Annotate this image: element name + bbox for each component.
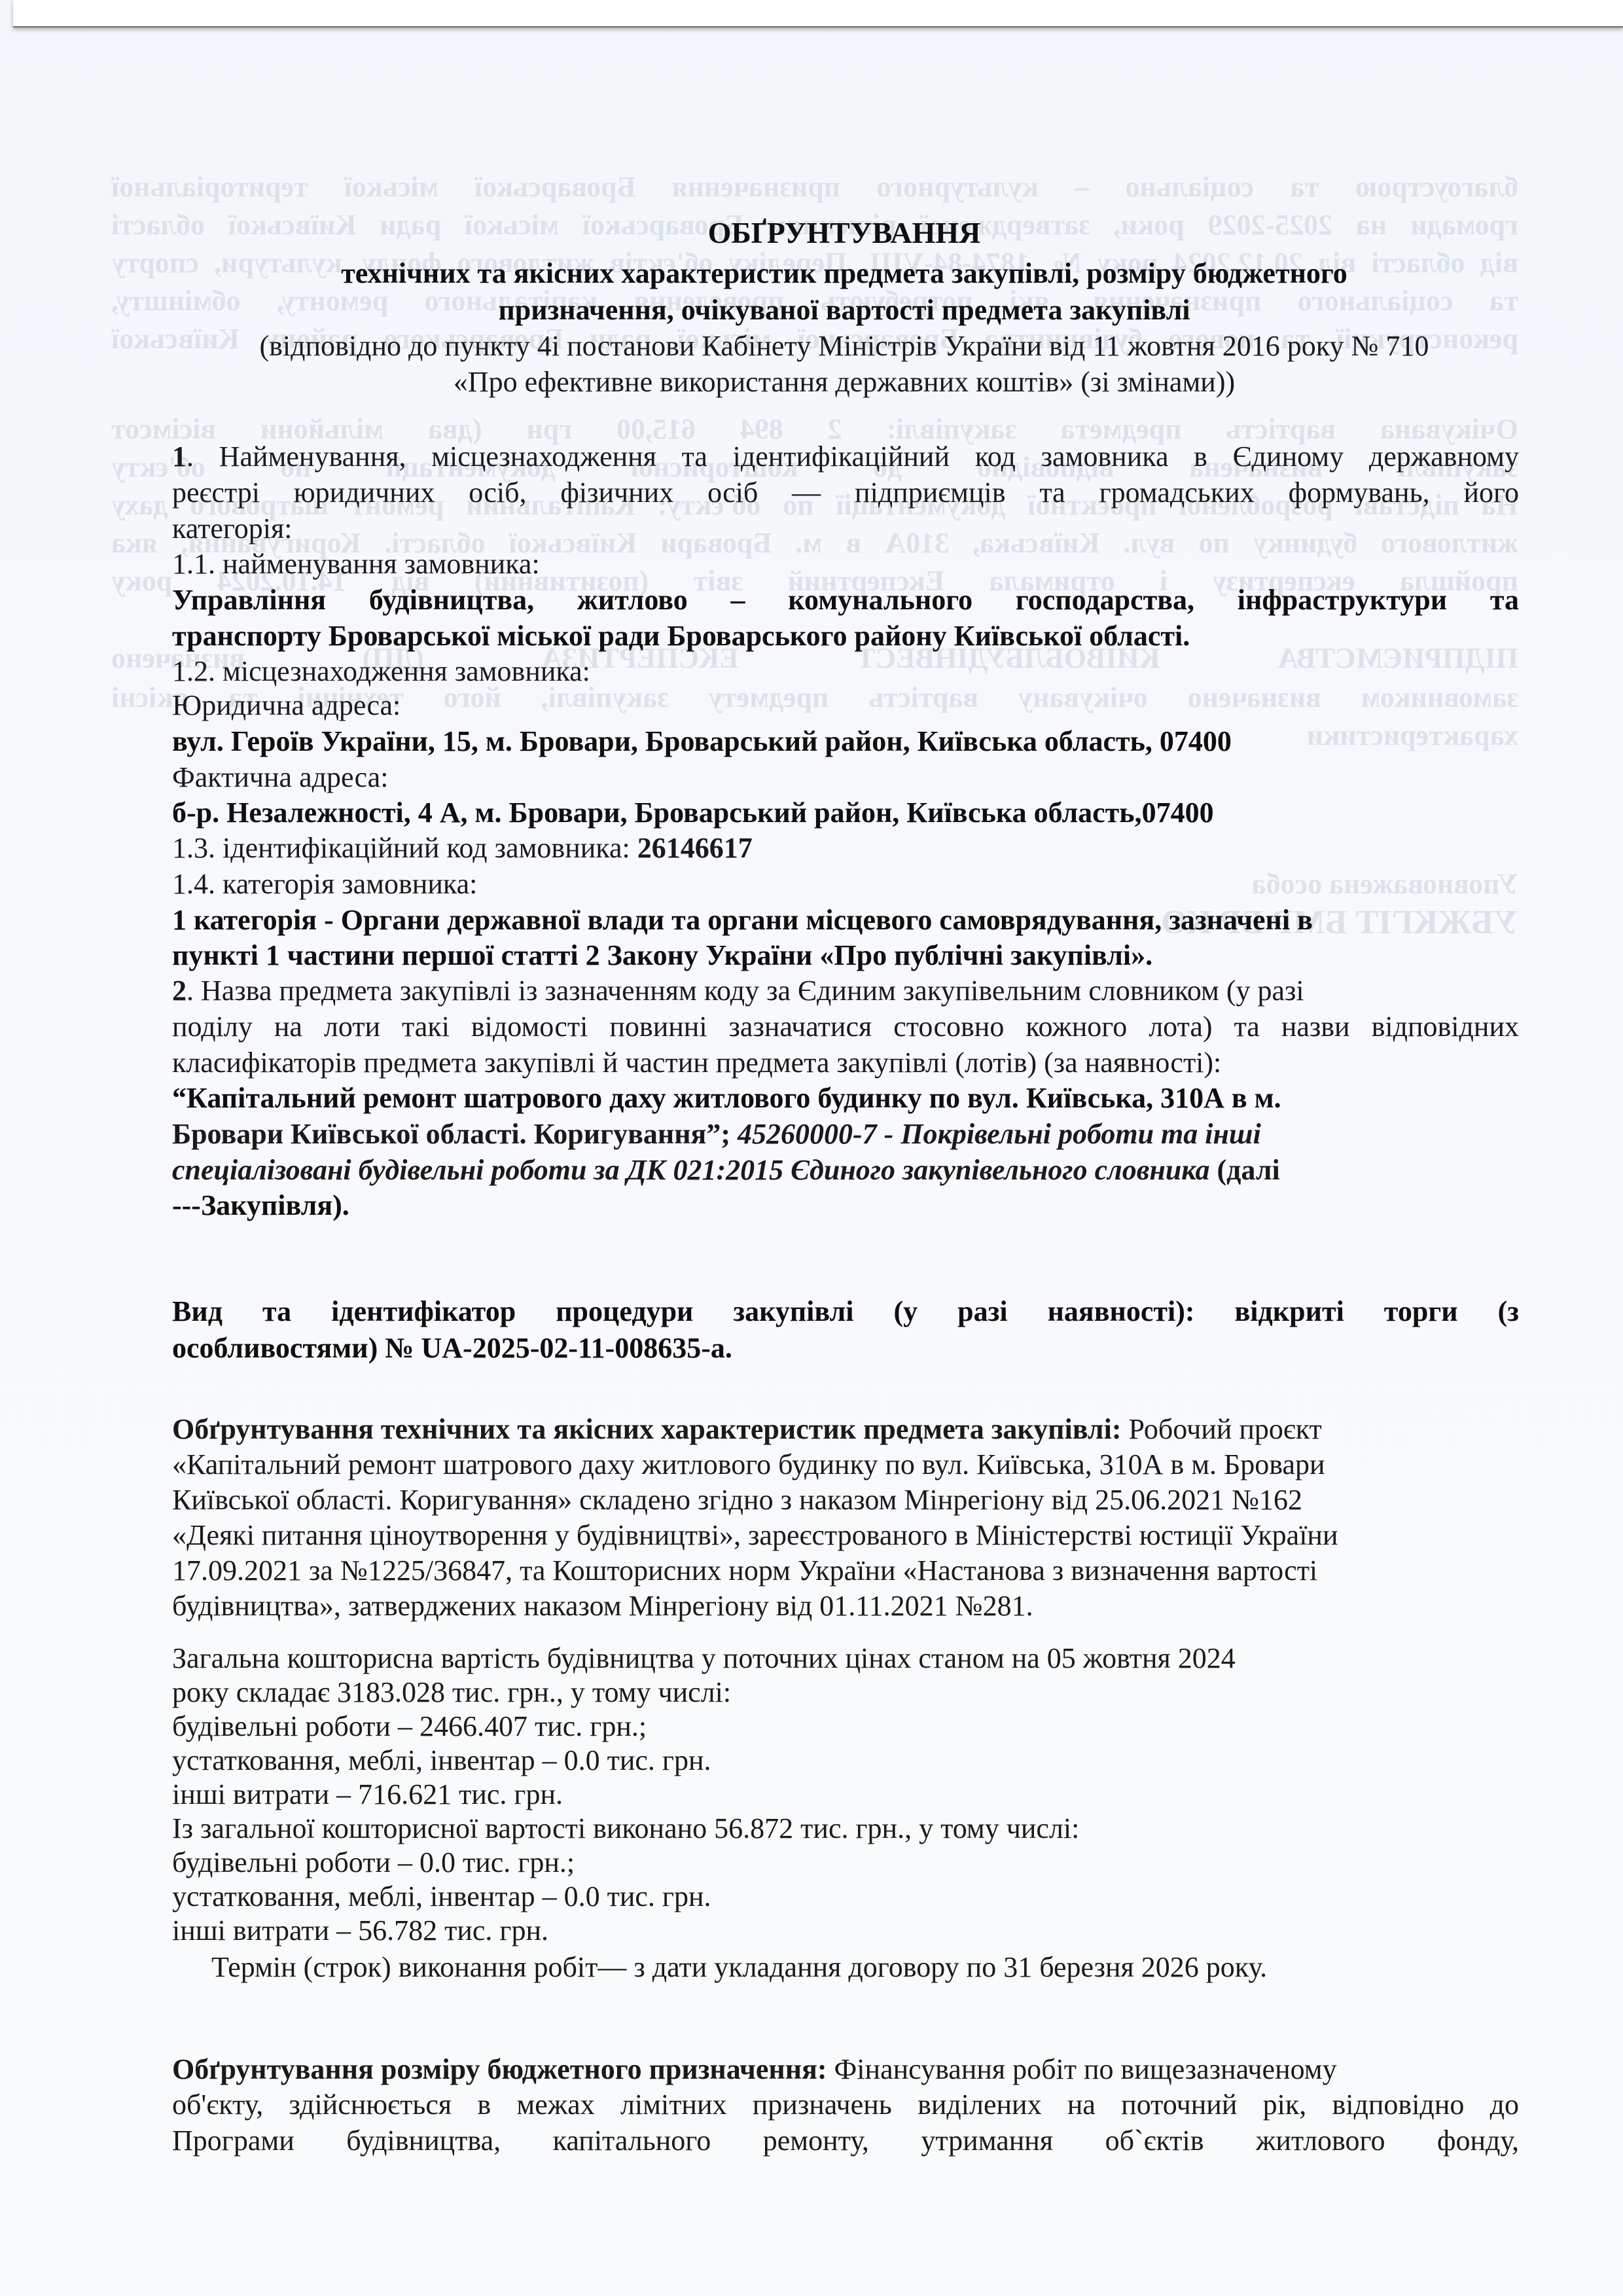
section-1-heading: реєстрі юридичних осіб, фізичних осіб — …	[172, 476, 1519, 510]
cost-item: інші витрати – 56.782 тис. грн.	[172, 1914, 1519, 1948]
procurement-subject: спеціалізовані будівельні роботи за ДК 0…	[172, 1153, 1519, 1187]
actual-address-label: Фактична адреса:	[172, 761, 1519, 795]
technical-justification-label: Обґрунтування технічних та якісних харак…	[172, 1413, 1121, 1445]
procurement-subject: Бровари Київської області. Коригування”;…	[172, 1117, 1519, 1151]
legal-basis: (відповідно до пункту 4і постанови Кабін…	[131, 329, 1558, 363]
technical-justification: Київської області. Коригування» складено…	[172, 1483, 1519, 1517]
customer-name: Управління будівництва, житлово – комуна…	[172, 583, 1519, 617]
section-number: 2	[172, 975, 187, 1007]
customer-name: транспорту Броварської міської ради Бров…	[172, 619, 1519, 653]
technical-justification: «Деякі питання ціноутворення у будівницт…	[172, 1518, 1519, 1552]
budget-justification: об'єкту, здійснюється в межах лімітних п…	[172, 2088, 1519, 2122]
budget-justification-label: Обґрунтування розміру бюджетного признач…	[172, 2053, 827, 2085]
section-2-heading: поділу на лоти такі відомості повинні за…	[172, 1010, 1519, 1044]
procurement-subject: “Капітальний ремонт шатрового даху житло…	[172, 1081, 1519, 1115]
document-subtitle: технічних та якісних характеристик предм…	[131, 257, 1558, 291]
cost-total: року складає 3183.028 тис. грн., у тому …	[172, 1676, 1519, 1710]
cost-item: будівельні роботи – 0.0 тис. грн.;	[172, 1846, 1519, 1880]
section-number: 1	[172, 440, 187, 473]
document-subtitle: призначення, очікуваної вартості предмет…	[131, 293, 1558, 327]
procurement-subject: ---Закупівля).	[172, 1189, 1519, 1223]
technical-justification: 17.09.2021 за №1225/36847, та Кошторисни…	[172, 1554, 1519, 1588]
legal-address: вул. Героїв України, 15, м. Бровари, Бро…	[172, 725, 1519, 759]
budget-justification: Програми будівництва, капітального ремон…	[172, 2124, 1519, 2158]
section-1-heading: категорія:	[172, 512, 1519, 546]
page-top-edge-shadow	[13, 0, 1623, 27]
technical-justification: «Капітальний ремонт шатрового даху житло…	[172, 1448, 1519, 1482]
technical-justification: будівництва», затверджених наказом Мінре…	[172, 1589, 1519, 1623]
customer-category: 1 категорія - Органи державної влади та …	[172, 903, 1519, 937]
customer-code: 1.3. ідентифікаційний код замовника: 261…	[172, 831, 1519, 865]
scanned-page: благоустрою та соціально – культурного п…	[0, 0, 1623, 2296]
budget-justification: Обґрунтування розміру бюджетного признач…	[172, 2053, 1519, 2087]
customer-category: пункті 1 частини першої статті 2 Закону …	[172, 939, 1519, 973]
work-term: Термін (строк) виконання робіт— з дати у…	[211, 1950, 1558, 1984]
section-2-heading: 2. Назва предмета закупівлі із зазначенн…	[172, 974, 1519, 1008]
document-title: ОБҐРУНТУВАННЯ	[131, 216, 1558, 250]
technical-justification: Обґрунтування технічних та якісних харак…	[172, 1412, 1519, 1446]
cost-total: Загальна кошторисна вартість будівництва…	[172, 1641, 1519, 1676]
procedure-id: особливостями) № UA-2025-02-11-008635-a.	[172, 1331, 1519, 1365]
bleed-through-line: благоустрою та соціально – культурного п…	[111, 170, 1518, 204]
procedure-type: Вид та ідентифікатор процедури закупівлі…	[172, 1295, 1519, 1329]
section-2-heading: класифікаторів предмета закупівлі й част…	[172, 1046, 1519, 1080]
cost-completed: Із загальної кошторисної вартості викона…	[172, 1812, 1519, 1846]
customer-category-label: 1.4. категорія замовника:	[172, 867, 1519, 901]
cost-item: устатковання, меблі, інвентар – 0.0 тис.…	[172, 1880, 1519, 1914]
cost-item: будівельні роботи – 2466.407 тис. грн.;	[172, 1710, 1519, 1744]
customer-location-label: 1.2. місцезнаходження замовника:	[172, 655, 1519, 689]
customer-code-value: 26146617	[637, 832, 753, 864]
legal-address-label: Юридична адреса:	[172, 689, 1519, 723]
section-1-heading: 1. Найменування, місцезнаходження та іде…	[172, 440, 1519, 474]
cpv-code: 45260000-7 - Покрівельні роботи та інші	[738, 1118, 1261, 1150]
cost-item: інші витрати – 716.621 тис. грн.	[172, 1778, 1519, 1812]
actual-address: б-р. Незалежності, 4 А, м. Бровари, Бров…	[172, 796, 1519, 830]
cost-item: устатковання, меблі, інвентар – 0.0 тис.…	[172, 1744, 1519, 1778]
legal-basis: «Про ефективне використання державних ко…	[131, 365, 1558, 399]
customer-name-label: 1.1. найменування замовника:	[172, 547, 1519, 581]
